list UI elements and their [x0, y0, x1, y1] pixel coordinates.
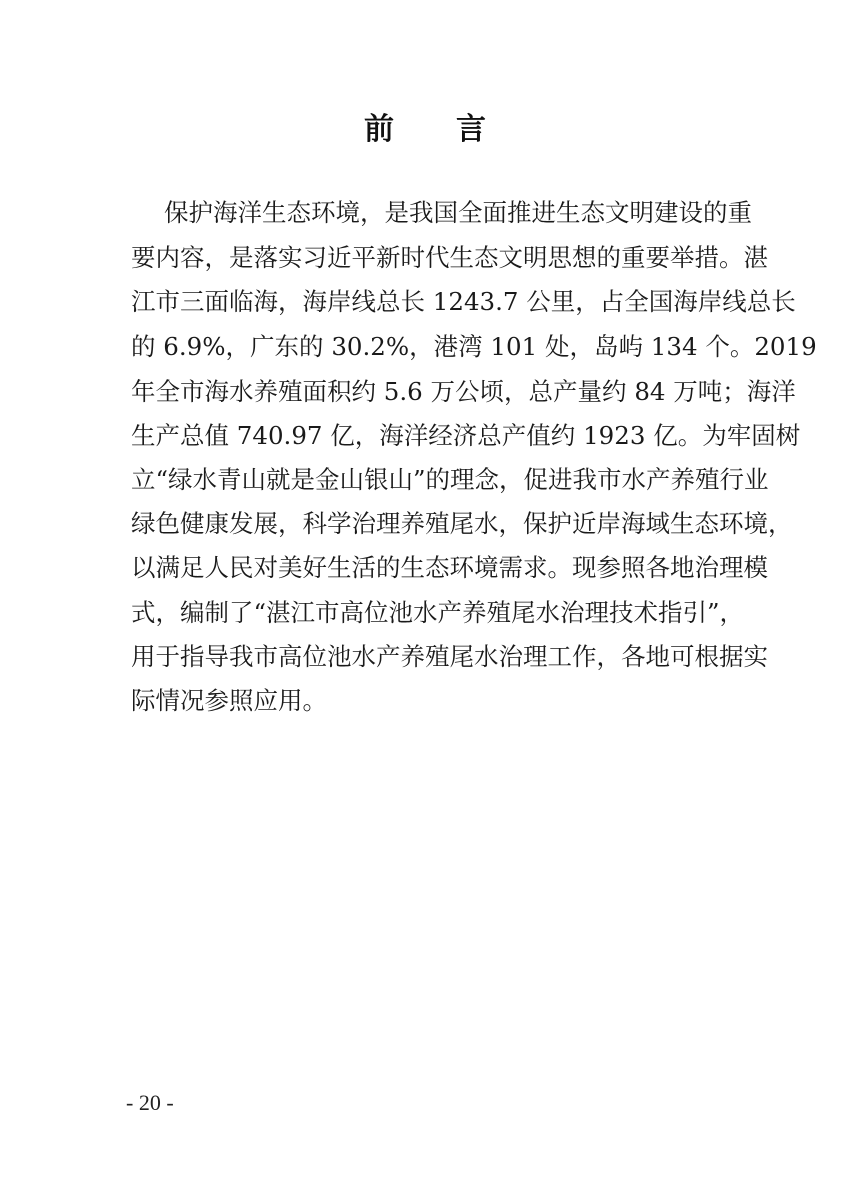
paragraph-line: 用于指导我市高位池水产养殖尾水治理工作，各地可根据实 [131, 637, 721, 677]
paragraph-line: 要内容，是落实习近平新时代生态文明思想的重要举措。湛 [131, 238, 721, 278]
paragraph-line: 际情况参照应用。 [131, 681, 721, 721]
paragraph-line: 年全市海水养殖面积约 5.6 万公顷，总产量约 84 万吨；海洋 [131, 372, 721, 412]
paragraph-line: 式，编制了“湛江市高位池水产养殖尾水治理技术指引”， [131, 593, 721, 633]
paragraph-line: 的 6.9%，广东的 30.2%，港湾 101 处，岛屿 134 个。2019 [131, 327, 721, 367]
title-char-2: 言 [456, 104, 486, 148]
page-title: 前言 [0, 104, 850, 148]
paragraph-line: 以满足人民对美好生活的生态环境需求。现参照各地治理模 [131, 548, 721, 588]
title-char-1: 前 [364, 104, 394, 148]
paragraph-line: 江市三面临海，海岸线总长 1243.7 公里，占全国海岸线总长 [131, 282, 721, 322]
document-page: 前言 保护海洋生态环境，是我国全面推进生态文明建设的重 要内容，是落实习近平新时… [0, 0, 850, 1201]
paragraph-line: 立“绿水青山就是金山银山”的理念，促进我市水产养殖行业 [131, 460, 721, 500]
page-number: - 20 - [126, 1090, 174, 1116]
paragraph-line: 生产总值 740.97 亿，海洋经济总产值约 1923 亿。为牢固树 [131, 416, 721, 456]
paragraph-line: 保护海洋生态环境，是我国全面推进生态文明建设的重 [164, 193, 721, 233]
paragraph-line: 绿色健康发展，科学治理养殖尾水，保护近岸海域生态环境， [131, 504, 721, 544]
